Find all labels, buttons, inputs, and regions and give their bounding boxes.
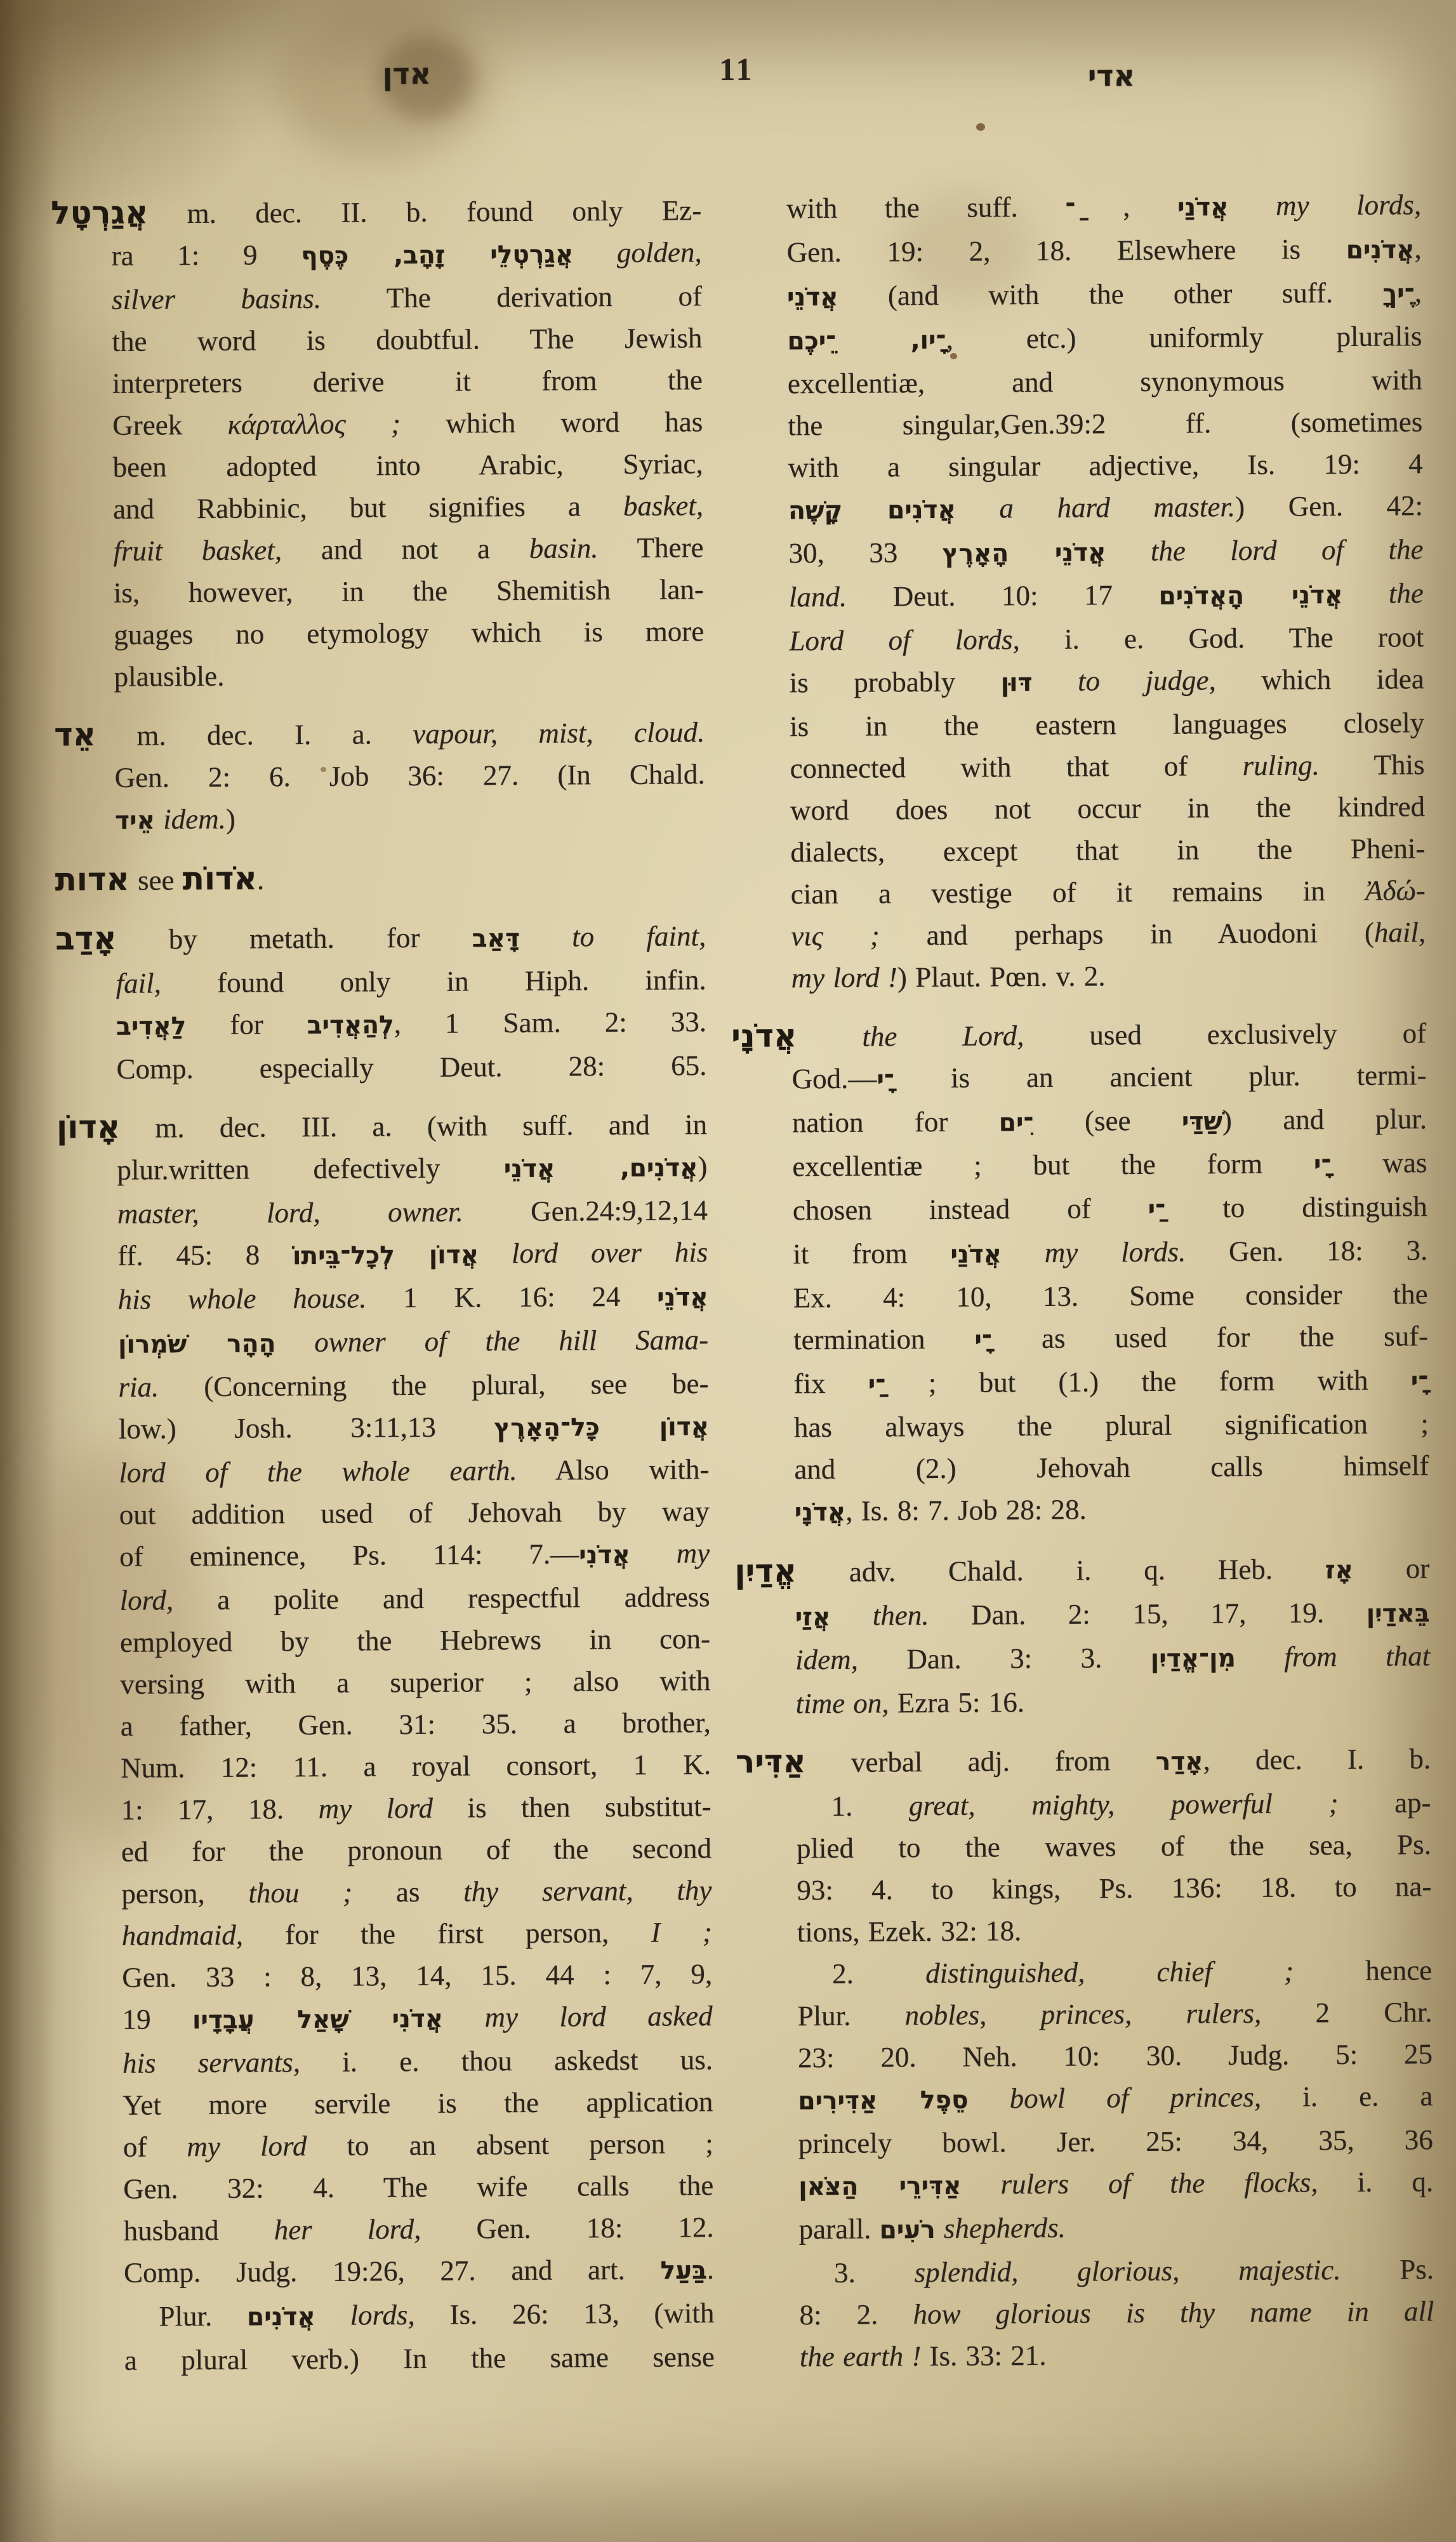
entry-adonai: אֲדֹנָי the Lord, used exclusively ofGod… xyxy=(791,1011,1429,1534)
text-line: it from אֲדֹנַי my lords. Gen. 18: 3. xyxy=(793,1229,1427,1277)
text-line: and Rabbinic, but signifies a basket, xyxy=(113,484,703,530)
text-line: 30, 33 אֲדֹנֵי הָאָרֶץ the lord of the xyxy=(788,528,1423,576)
entry-edayin: אֱדַיִן adv. Chald. i. q. Heb. אָז orאֲז… xyxy=(795,1546,1431,1724)
entry-agartal: אֲגַרְטָל m. dec. II. b. found only Ez-r… xyxy=(111,188,705,698)
text-line: אדות see אֹדוֹת. xyxy=(115,855,705,902)
text-line: אֲדֹנֵי (and with the other suff. ־ֶיךָ, xyxy=(787,271,1422,319)
text-line: person, thou ; as thy servant, thy xyxy=(121,1869,711,1915)
text-line: plur.written defectively אֲדֹנִים, אֲדֹנ… xyxy=(117,1145,707,1193)
text-line: הָהָר שֹׁמְרוֹן owner of the hill Sama- xyxy=(118,1319,708,1366)
scanned-lexicon-page: { "page": { "number": "11", "header_left… xyxy=(0,0,1456,2542)
text-line: ־ָיו, ־ֵיכֶם, etc.) uniformly pluralis xyxy=(787,315,1422,363)
text-line: is in the eastern languages closely xyxy=(790,702,1424,747)
text-line: Gen. 2: 6. Job 36: 27. (In Chald. xyxy=(114,753,705,799)
text-line: land. Deut. 10: 17 אֲדֹנֵי הָאֲדֹנִים th… xyxy=(789,572,1424,620)
text-line: a plural verb.) In the same sense xyxy=(124,2336,715,2381)
text-line: Num. 12: 11. a royal consort, 1 K. xyxy=(121,1743,711,1789)
entry-adon: אָדוֹן m. dec. III. a. (with suff. and i… xyxy=(117,1102,715,2381)
text-line: cian a vestige of it remains in Ἀδώ- xyxy=(791,869,1426,915)
text-line: 2. distinguished, chief ; hence xyxy=(797,1949,1432,1995)
text-line: nation for ־ִים (see שַׁדַּי) and plur. xyxy=(792,1098,1427,1145)
text-line: interpreters derive it from the xyxy=(112,359,703,404)
text-line: Comp. especially Deut. 28: 65. xyxy=(116,1044,706,1090)
text-line: ra 1: 9 אֲגַרְטְלֵי זָהָב, כֶּסֶף golden… xyxy=(111,231,701,279)
text-line: tions, Ezek. 32: 18. xyxy=(797,1907,1432,1953)
text-line: excellentiæ ; but the form ־ָי was xyxy=(792,1141,1427,1189)
entry-ed: אֵד m. dec. I. a. vapour, mist, cloud.Ge… xyxy=(114,710,705,842)
text-line: master, lord, owner. Gen.24:9,12,14 xyxy=(117,1189,708,1235)
text-line: guages no etymology which is more xyxy=(114,610,704,656)
page-number: 11 xyxy=(692,50,781,88)
text-line: dialects, except that in the Pheni- xyxy=(790,827,1425,873)
text-line: Gen. 32: 4. The wife calls the xyxy=(123,2164,713,2210)
entry-addir: אַדִּיר verbal adj. from אָדַר, dec. I. … xyxy=(796,1736,1434,2378)
text-line: 8: 2. how glorious is thy name in all xyxy=(799,2290,1434,2336)
text-line: סֵפֶל אַדִּירִים bowl of princes, i. e. … xyxy=(798,2075,1433,2122)
entry-odoth: אדות see אֹדוֹת. xyxy=(115,855,705,902)
text-line: of my lord to an absent person ; xyxy=(123,2122,713,2168)
text-line: Yet more servile is the application xyxy=(122,2080,713,2126)
text-line: been adopted into Arabic, Syriac, xyxy=(112,443,703,488)
text-line: his whole house. 1 K. 16: 24 אֲדֹנֵי xyxy=(118,1275,708,1322)
text-line: לַאֲדִיב for לְהַאֲדִיב, 1 Sam. 2: 33. xyxy=(116,1001,706,1048)
text-line: אֱדַיִן adv. Chald. i. q. Heb. אָז or xyxy=(795,1546,1429,1595)
text-line: princely bowl. Jer. 25: 34, 35, 36 xyxy=(798,2119,1433,2164)
text-line: אֲדֹנָי, Is. 8: 7. Job 28: 28. xyxy=(795,1486,1429,1534)
text-line: the word is doubtful. The Jewish xyxy=(112,317,702,363)
running-head-left: אדן xyxy=(324,56,489,91)
text-line: out addition used of Jehovah by way xyxy=(119,1490,710,1536)
text-line: ria. (Concerning the plural, see be- xyxy=(118,1362,708,1408)
text-line: and (2.) Jehovah calls himself xyxy=(794,1444,1429,1490)
text-line: ff. 45: 8 אֲדוֹן לְכָל־בֵּיתוֹ lord over… xyxy=(117,1231,708,1279)
text-line: with a singular adjective, Is. 19: 4 xyxy=(788,443,1423,488)
text-line: אַדִּיר verbal adj. from אָדַר, dec. I. … xyxy=(796,1736,1431,1785)
entry-adon-cont: with the suff. ַ־ , אֲדֹנַי my lords,Gen… xyxy=(786,183,1426,999)
text-line: his servants, i. e. thou askedst us. xyxy=(122,2039,713,2084)
text-line: ed for the pronoun of the second xyxy=(121,1827,711,1873)
text-line: versing with a superior ; also with xyxy=(120,1660,710,1705)
text-line: plied to the waves of the sea, Ps. xyxy=(797,1823,1431,1869)
text-line: is, however, in the Shemitish lan- xyxy=(114,568,704,614)
text-line: fix ־ַי ; but (1.) the form with ־ָי xyxy=(793,1359,1428,1406)
text-line: time on, Ezra 5: 16. xyxy=(795,1679,1430,1724)
text-line: low.) Josh. 3:11,13 אֲדוֹן כָּל־הָאָרֶץ xyxy=(119,1404,709,1452)
text-line: Plur. אֲדֹנִים lords, Is. 26: 13, (with xyxy=(124,2292,714,2339)
lexicon-column-right: with the suff. ַ־ , אֲדֹנַי my lords,Gen… xyxy=(726,183,1434,2394)
text-line: 1: 17, 18. my lord is then substitut- xyxy=(121,1785,711,1831)
text-line: plausible. xyxy=(114,652,705,698)
text-line: אֲזַי then. Dan. 2: 15, 17, 19. בֵּאדַיִ… xyxy=(795,1591,1430,1639)
text-line: my lord !) Plaut. Pœn. v. 2. xyxy=(791,953,1426,999)
text-line: a father, Gen. 31: 35. a brother, xyxy=(121,1701,711,1747)
text-line: lord of the whole earth. Also with- xyxy=(119,1448,709,1494)
text-line: 93: 4. to kings, Ps. 136: 18. to na- xyxy=(797,1865,1431,1911)
lexicon-column-left: אֲגַרְטָל m. dec. II. b. found only Ez-r… xyxy=(51,188,715,2397)
text-line: parall. רֹעִים shepherds. xyxy=(798,2204,1433,2252)
text-line: is probably דּוּן to judge, which idea xyxy=(790,658,1424,705)
text-line: 3. splendid, glorious, majestic. Ps. xyxy=(799,2248,1434,2294)
text-line: lord, a polite and respectful address xyxy=(119,1576,710,1621)
text-line: idem, Dan. 3: 3. מִן־אֱדַיִן from that xyxy=(795,1635,1430,1682)
text-line: husband her lord, Gen. 18: 12. xyxy=(123,2206,713,2252)
text-line: 19 אֲדֹנִי שָׁאַל עֲבָדָיו my lord asked xyxy=(122,1995,712,2042)
text-line: excellentiæ, and synonymous with xyxy=(788,359,1422,404)
text-line: of eminence, Ps. 114: 7.—אֲדֹנִי my xyxy=(119,1532,710,1580)
text-line: νις ; and perhaps in Auodoni (hail, xyxy=(791,911,1426,957)
text-line: אֲגַרְטָל m. dec. II. b. found only Ez- xyxy=(111,188,701,235)
text-line: termination ־ָי as used for the suf- xyxy=(793,1315,1428,1362)
text-line: with the suff. ַ־ , אֲדֹנַי my lords, xyxy=(786,183,1421,231)
text-line: has always the plural signification ; xyxy=(794,1402,1429,1448)
text-line: אָדַב by metath. for דָּאַב to faint, xyxy=(116,914,706,962)
text-line: אַדִּירֵי הַצֹּאן rulers of the flocks, … xyxy=(798,2160,1433,2208)
text-line: the singular,Gen.39:2 ff. (sometimes xyxy=(788,401,1422,446)
running-head-right: אדי xyxy=(1029,58,1194,93)
text-line: handmaid, for the first person, I ; xyxy=(122,1911,712,1957)
text-line: connected with that of ruling. This xyxy=(790,743,1424,789)
text-line: Plur. nobles, princes, rulers, 2 Chr. xyxy=(797,1991,1432,2037)
text-line: Lord of lords, i. e. God. The root xyxy=(789,616,1424,662)
text-line: אֲדֹנָי the Lord, used exclusively of xyxy=(791,1011,1426,1058)
text-line: Greek κάρταλλος ; which word has xyxy=(112,401,703,446)
entry-adab: אָדַב by metath. for דָּאַב to faint,fai… xyxy=(116,914,707,1090)
text-line: fruit basket, and not a basin. There xyxy=(113,526,703,572)
text-line: silver basins. The derivation of xyxy=(112,275,702,321)
text-line: God.—־ָי is an ancient plur. termi- xyxy=(791,1054,1426,1101)
text-line: 1. great, mighty, powerful ; ap- xyxy=(796,1781,1431,1827)
page-sheet: אדן 11 אדי אֲגַרְטָל m. dec. II. b. foun… xyxy=(0,0,1456,2542)
text-line: employed by the Hebrews in con- xyxy=(120,1618,710,1663)
text-line: the earth ! Is. 33: 21. xyxy=(800,2332,1434,2378)
text-line: 23: 20. Neh. 10: 30. Judg. 5: 25 xyxy=(798,2033,1433,2079)
text-line: Gen. 33 : 8, 13, 14, 15. 44 : 7, 9, xyxy=(122,1953,712,1999)
text-line: Gen. 19: 2, 18. Elsewhere is אֲדֹנִים, xyxy=(786,227,1421,275)
text-line: אָדוֹן m. dec. III. a. (with suff. and i… xyxy=(117,1102,707,1149)
text-line: אֲדֹנִים קָשֶׁה a hard master.) Gen. 42: xyxy=(788,484,1423,532)
text-line: fail, found only in Hiph. infin. xyxy=(116,959,706,1004)
text-line: Ex. 4: 10, 13. Some consider the xyxy=(793,1273,1428,1319)
text-line: אֵיד idem.) xyxy=(115,795,705,842)
text-line: Comp. Judg. 19:26, 27. and art. בַּעַל. xyxy=(124,2248,714,2296)
text-line: אֵד m. dec. I. a. vapour, mist, cloud. xyxy=(114,710,705,757)
text-line: word does not occur in the kindred xyxy=(790,785,1425,831)
text-line: chosen instead of ־ַי to distinguish xyxy=(793,1185,1427,1233)
